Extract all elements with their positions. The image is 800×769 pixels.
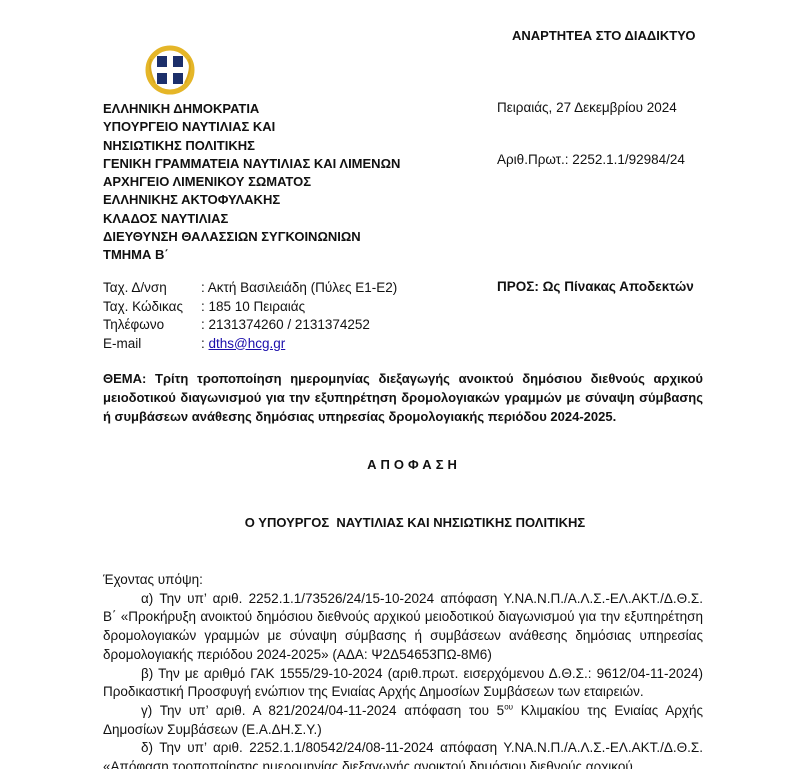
body-intro: Έχοντας υπόψη: [103,571,703,590]
org-line: ΚΛΑΔΟΣ ΝΑΥΤΙΛΙΑΣ [103,210,400,228]
org-line: ΝΗΣΙΩΤΙΚΗΣ ΠΟΛΙΤΙΚΗΣ [103,137,400,155]
subject: ΘΕΜΑ: Τρίτη τροποποίηση ημερομηνίας διεξ… [103,369,703,426]
org-line: ΓΕΝΙΚΗ ΓΡΑΜΜΑΤΕΙΑ ΝΑΥΤΙΛΙΑΣ ΚΑΙ ΛΙΜΕΝΩΝ [103,155,400,173]
email-prefix: : [201,335,209,354]
contact-details: Ταχ. Δ/νση : Ακτή Βασιλειάδη (Πύλες Ε1-Ε… [103,279,397,353]
org-line: ΔΙΕΥΘΥΝΣΗ ΘΑΛΑΣΣΙΩΝ ΣΥΓΚΟΙΝΩΝΙΩΝ [103,228,400,246]
org-line: ΤΜΗΜΑ Β΄ [103,246,400,264]
decision-title: ΑΠΟΦΑΣΗ [0,457,800,472]
issuing-authority: ΕΛΛΗΝΙΚΗ ΔΗΜΟΚΡΑΤΙΑ ΥΠΟΥΡΓΕΙΟ ΝΑΥΤΙΛΙΑΣ … [103,100,400,265]
body-item-b: β) Την με αριθμό ΓΑΚ 1555/29-10-2024 (αρ… [103,665,703,702]
contact-row-email: E-mail : dths@hcg.gr [103,335,397,354]
contact-label: Ταχ. Δ/νση [103,279,201,298]
protocol-number: Αριθ.Πρωτ.: 2252.1.1/92984/24 [497,152,685,167]
body-item-c: γ) Την υπ’ αριθ. Α 821/2024/04-11-2024 α… [103,702,703,739]
superscript: ου [504,702,513,711]
body-item-d: δ) Την υπ’ αριθ. 2252.1.1/80542/24/08-11… [103,739,703,769]
org-line: ΕΛΛΗΝΙΚΗ ΔΗΜΟΚΡΑΤΙΑ [103,100,400,118]
org-line: ΥΠΟΥΡΓΕΙΟ ΝΑΥΤΙΛΙΑΣ ΚΑΙ [103,118,400,136]
contact-value: : 2131374260 / 2131374252 [201,316,370,335]
contact-row-postcode: Ταχ. Κώδικας : 185 10 Πειραιάς [103,298,397,317]
org-line: ΑΡΧΗΓΕΙΟ ΛΙΜΕΝΙΚΟΥ ΣΩΜΑΤΟΣ [103,173,400,191]
org-line: ΕΛΛΗΝΙΚΗΣ ΑΚΤΟΦΥΛΑΚΗΣ [103,191,400,209]
posting-notice: ΑΝΑΡΤΗΤΕΑ ΣΤΟ ΔΙΑΔΙΚΤΥΟ [512,28,695,43]
contact-value: : 185 10 Πειραιάς [201,298,305,317]
minister-title: Ο ΥΠΟΥΡΓΟΣ ΝΑΥΤΙΛΙΑΣ ΚΑΙ ΝΗΣΙΩΤΙΚΗΣ ΠΟΛΙ… [0,515,800,530]
recipient: ΠΡΟΣ: Ως Πίνακας Αποδεκτών [497,279,694,294]
email-link[interactable]: dths@hcg.gr [209,335,286,354]
body-item-c-text: γ) Την υπ’ αριθ. Α 821/2024/04-11-2024 α… [141,703,504,718]
contact-label: Ταχ. Κώδικας [103,298,201,317]
contact-row-phone: Τηλέφωνο : 2131374260 / 2131374252 [103,316,397,335]
body-item-a: α) Την υπ’ αριθ. 2252.1.1/73526/24/15-10… [103,590,703,665]
place-date: Πειραιάς, 27 Δεκεμβρίου 2024 [497,100,677,115]
contact-label: E-mail [103,335,201,354]
contact-value: : Ακτή Βασιλειάδη (Πύλες Ε1-Ε2) [201,279,397,298]
contact-row-address: Ταχ. Δ/νση : Ακτή Βασιλειάδη (Πύλες Ε1-Ε… [103,279,397,298]
greek-state-emblem-icon [145,45,195,95]
document-body: Έχοντας υπόψη: α) Την υπ’ αριθ. 2252.1.1… [103,571,703,769]
contact-label: Τηλέφωνο [103,316,201,335]
